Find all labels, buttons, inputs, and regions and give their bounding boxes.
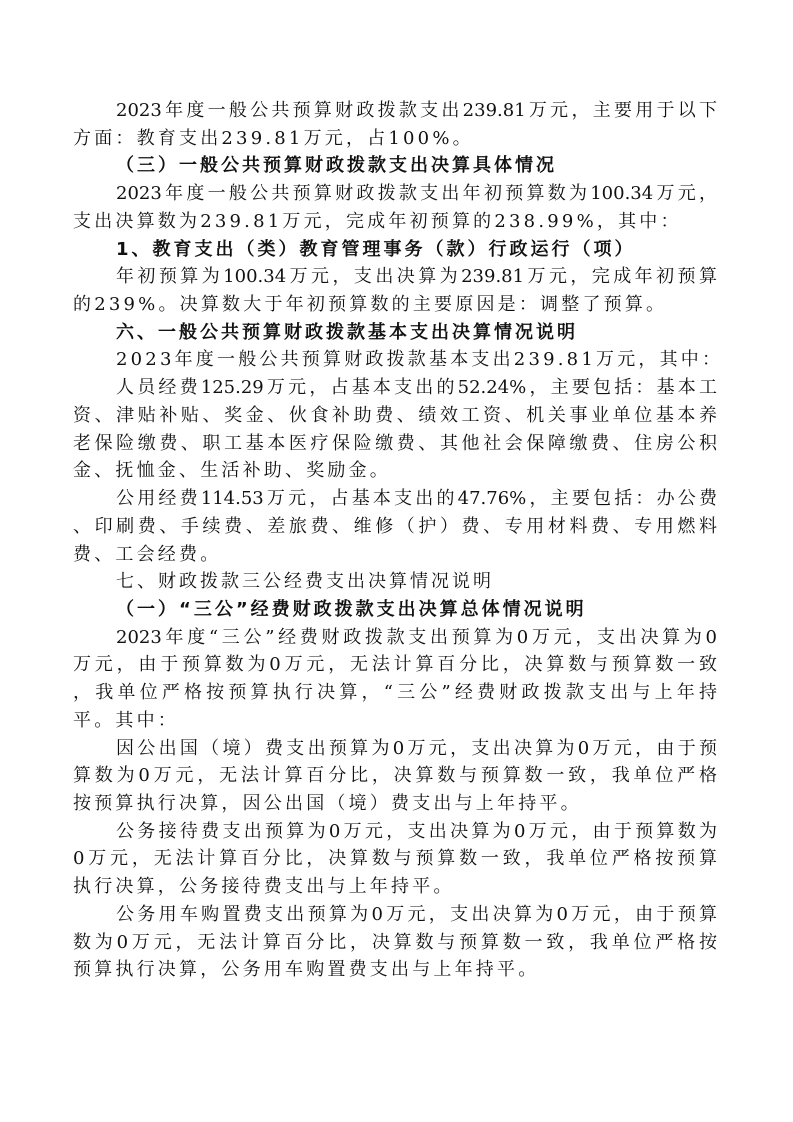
paragraph-line: 2023年度一般公共预算财政拨款支出年初预算数为100.34万元， xyxy=(73,180,717,208)
paragraph-line: 、印刷费、手续费、差旅费、维修（护）费、专用材料费、专用燃料 xyxy=(73,513,717,541)
section-heading-3: （三）一般公共预算财政拨款支出决算具体情况 xyxy=(73,152,717,180)
paragraph-line: 算数为0万元，无法计算百分比，决算数与预算数一致，我单位严格 xyxy=(73,762,717,790)
paragraph-line: 2023年度一般公共预算财政拨款支出239.81万元，主要用于以下 xyxy=(73,97,717,125)
paragraph-official-vehicle: 公务用车购置费支出预算为0万元，支出决算为0万元，由于预算 数为0万元，无法计算… xyxy=(73,901,717,984)
document-page: 2023年度一般公共预算财政拨款支出239.81万元，主要用于以下 方面：教育支… xyxy=(0,0,793,1122)
paragraph-budget-detail: 2023年度一般公共预算财政拨款支出年初预算数为100.34万元， 支出决算数为… xyxy=(73,180,717,235)
paragraph-line: 费、工会经费。 xyxy=(73,541,717,569)
paragraph-line: 支出决算数为239.81万元，完成年初预算的238.99%，其中： xyxy=(73,208,717,236)
paragraph-line: ，我单位严格按预算执行决算，“三公”经费财政拨款支出与上年持 xyxy=(73,679,717,707)
paragraph-line: 2023年度“三公”经费财政拨款支出预算为0万元，支出决算为0 xyxy=(73,624,717,652)
paragraph-basic-expenditure: 2023年度一般公共预算财政拨款基本支出239.81万元，其中： xyxy=(73,346,717,374)
paragraph-official-reception: 公务接待费支出预算为0万元，支出决算为0万元，由于预算数为 0万元，无法计算百分… xyxy=(73,818,717,901)
paragraph-line: 因公出国（境）费支出预算为0万元，支出决算为0万元，由于预 xyxy=(73,735,717,763)
paragraph-three-public-overall: 2023年度“三公”经费财政拨款支出预算为0万元，支出决算为0 万元，由于预算数… xyxy=(73,624,717,735)
paragraph-line: 预算执行决算，公务用车购置费支出与上年持平。 xyxy=(73,956,717,984)
document-body: 2023年度一般公共预算财政拨款支出239.81万元，主要用于以下 方面：教育支… xyxy=(73,97,717,984)
paragraph-line: 资、津贴补贴、奖金、伙食补助费、绩效工资、机关事业单位基本养 xyxy=(73,402,717,430)
paragraph-line: 公用经费114.53万元，占基本支出的47.76%，主要包括：办公费 xyxy=(73,485,717,513)
section-heading-7: 七、财政拨款三公经费支出决算情况说明 xyxy=(73,568,717,596)
paragraph-line: 方面：教育支出239.81万元，占100%。 xyxy=(73,125,717,153)
paragraph-line: 万元，由于预算数为0万元，无法计算百分比，决算数与预算数一致 xyxy=(73,651,717,679)
paragraph-line: 老保险缴费、职工基本医疗保险缴费、其他社会保障缴费、住房公积 xyxy=(73,430,717,458)
section-heading-6: 六、一般公共预算财政拨款基本支出决算情况说明 xyxy=(73,319,717,347)
paragraph-personnel-costs: 人员经费125.29万元，占基本支出的52.24%，主要包括：基本工 资、津贴补… xyxy=(73,374,717,485)
paragraph-line: 金、抚恤金、生活补助、奖励金。 xyxy=(73,457,717,485)
section-heading-education: 1、教育支出（类）教育管理事务（款）行政运行（项） xyxy=(73,236,717,264)
paragraph-overseas-travel: 因公出国（境）费支出预算为0万元，支出决算为0万元，由于预 算数为0万元，无法计… xyxy=(73,735,717,818)
paragraph-line: 平。其中： xyxy=(73,707,717,735)
section-heading-three-public-overall: （一）“三公”经费财政拨款支出决算总体情况说明 xyxy=(73,596,717,624)
paragraph-line: 公务用车购置费支出预算为0万元，支出决算为0万元，由于预算 xyxy=(73,901,717,929)
paragraph-line: 公务接待费支出预算为0万元，支出决算为0万元，由于预算数为 xyxy=(73,818,717,846)
paragraph-line: 人员经费125.29万元，占基本支出的52.24%，主要包括：基本工 xyxy=(73,374,717,402)
paragraph-line: 0万元，无法计算百分比，决算数与预算数一致，我单位严格按预算 xyxy=(73,845,717,873)
paragraph-line: 按预算执行决算，因公出国（境）费支出与上年持平。 xyxy=(73,790,717,818)
paragraph-line: 年初预算为100.34万元，支出决算为239.81万元，完成年初预算 xyxy=(73,263,717,291)
paragraph-line: 数为0万元，无法计算百分比，决算数与预算数一致，我单位严格按 xyxy=(73,929,717,957)
paragraph-line: 2023年度一般公共预算财政拨款基本支出239.81万元，其中： xyxy=(73,346,717,374)
paragraph-education-detail: 年初预算为100.34万元，支出决算为239.81万元，完成年初预算 的239%… xyxy=(73,263,717,318)
paragraph-line: 执行决算，公务接待费支出与上年持平。 xyxy=(73,873,717,901)
paragraph-general-budget-expenditure: 2023年度一般公共预算财政拨款支出239.81万元，主要用于以下 方面：教育支… xyxy=(73,97,717,152)
paragraph-line: 的239%。决算数大于年初预算数的主要原因是：调整了预算。 xyxy=(73,291,717,319)
paragraph-public-costs: 公用经费114.53万元，占基本支出的47.76%，主要包括：办公费 、印刷费、… xyxy=(73,485,717,568)
